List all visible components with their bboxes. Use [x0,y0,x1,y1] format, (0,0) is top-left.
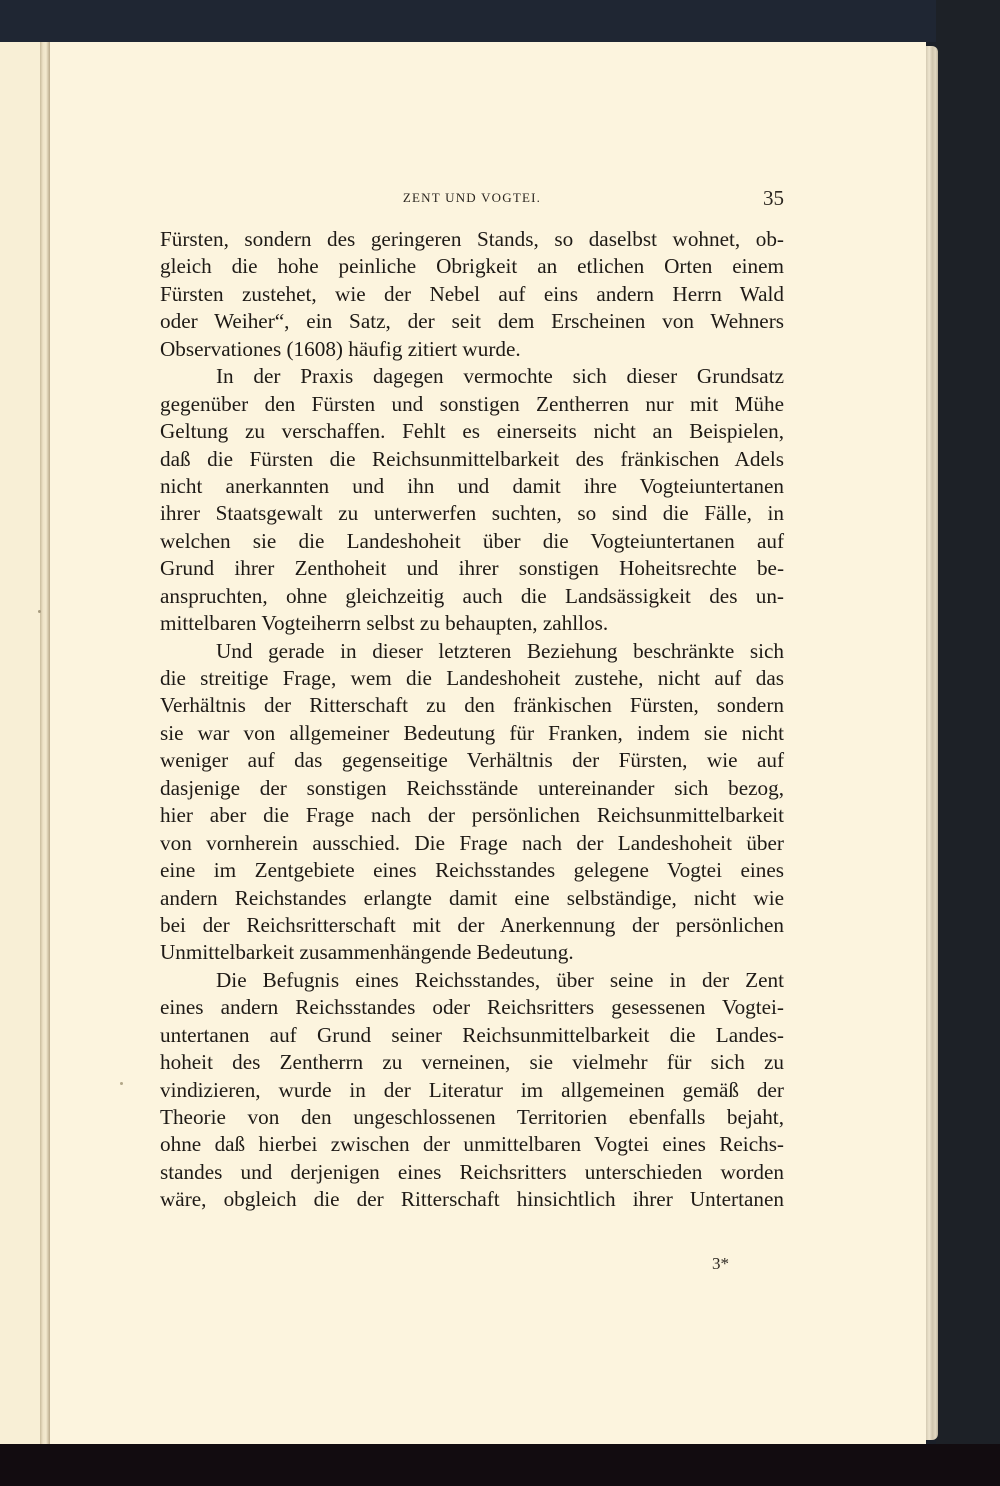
text-line: Fürsten zustehet, wie der Nebel auf eins… [160,281,784,308]
text-line: hier aber die Frage nach der persönliche… [160,802,784,829]
text-line: dasjenige der sonstigen Reichsstände unt… [160,775,784,802]
text-line: Theorie von den ungeschlossenen Territor… [160,1104,784,1131]
body-text: Fürsten, sondern des geringeren Stands, … [160,226,784,1214]
scanner-background-right [936,0,1000,1486]
text-line: welchen sie die Landeshoheit über die Vo… [160,528,784,555]
running-title: ZENT UND VOGTEI. [160,190,784,206]
text-line: vindizieren, wurde in der Literatur im a… [160,1077,784,1104]
scanner-background-bottom [0,1444,1000,1486]
text-line: von vornherein ausschied. Die Frage nach… [160,830,784,857]
text-line: eine im Zentgebiete eines Reichsstandes … [160,857,784,884]
paper-speck [38,610,41,613]
text-line: standes und derjenigen eines Reichsritte… [160,1159,784,1186]
text-line: Und gerade in dieser letzteren Beziehung… [160,638,784,665]
text-line: Unmittelbarkeit zusammenhängende Bedeutu… [160,939,784,966]
text-line: In der Praxis dagegen vermochte sich die… [160,363,784,390]
page-number: 35 [763,186,784,211]
book-gutter [40,42,50,1444]
text-line: Die Befugnis eines Reichsstandes, über s… [160,967,784,994]
facing-page-edge [0,42,44,1444]
text-line: anspruchten, ohne gleichzeitig auch die … [160,583,784,610]
text-line: nicht anerkannten und ihn und damit ihre… [160,473,784,500]
text-line: weniger auf das gegenseitige Verhältnis … [160,747,784,774]
text-line: gegenüber den Fürsten und sonstigen Zent… [160,391,784,418]
text-line: untertanen auf Grund seiner Reichsunmitt… [160,1022,784,1049]
text-line: daß die Fürsten die Reichsunmittelbarkei… [160,446,784,473]
text-line: Observationes (1608) häufig zitiert wurd… [160,336,784,363]
paragraph: Fürsten, sondern des geringeren Stands, … [160,226,784,363]
paragraph: Die Befugnis eines Reichsstandes, über s… [160,967,784,1214]
text-line: gleich die hohe peinliche Obrigkeit an e… [160,253,784,280]
text-line: Grund ihrer Zenthoheit und ihrer sonstig… [160,555,784,582]
text-line: andern Reichstandes erlangte damit eine … [160,885,784,912]
text-line: ihrer Staatsgewalt zu unterwerfen suchte… [160,500,784,527]
text-line: bei der Reichsritterschaft mit der Anerk… [160,912,784,939]
text-line: sie war von allgemeiner Bedeutung für Fr… [160,720,784,747]
paper-speck [120,1082,123,1085]
text-line: hoheit des Zentherrn zu verneinen, sie v… [160,1049,784,1076]
text-line: die streitige Frage, wem die Landeshohei… [160,665,784,692]
running-head: ZENT UND VOGTEI. 35 [160,188,784,210]
text-line: Verhältnis der Ritterschaft zu den fränk… [160,692,784,719]
text-line: wäre, obgleich die der Ritterschaft hins… [160,1186,784,1213]
text-line: Fürsten, sondern des geringeren Stands, … [160,226,784,253]
text-line: oder Weiher“, ein Satz, der seit dem Ers… [160,308,784,335]
text-line: mittelbaren Vogteiherrn selbst zu behaup… [160,610,784,637]
scanner-background-top [0,0,1000,42]
paragraph: Und gerade in dieser letzteren Beziehung… [160,638,784,967]
text-line: Geltung zu verschaffen. Fehlt es einerse… [160,418,784,445]
paragraph: In der Praxis dagegen vermochte sich die… [160,363,784,637]
text-line: eines andern Reichsstandes oder Reichsri… [160,994,784,1021]
signature-mark: 3* [712,1254,729,1274]
text-line: ohne daß hierbei zwischen der unmittelba… [160,1131,784,1158]
